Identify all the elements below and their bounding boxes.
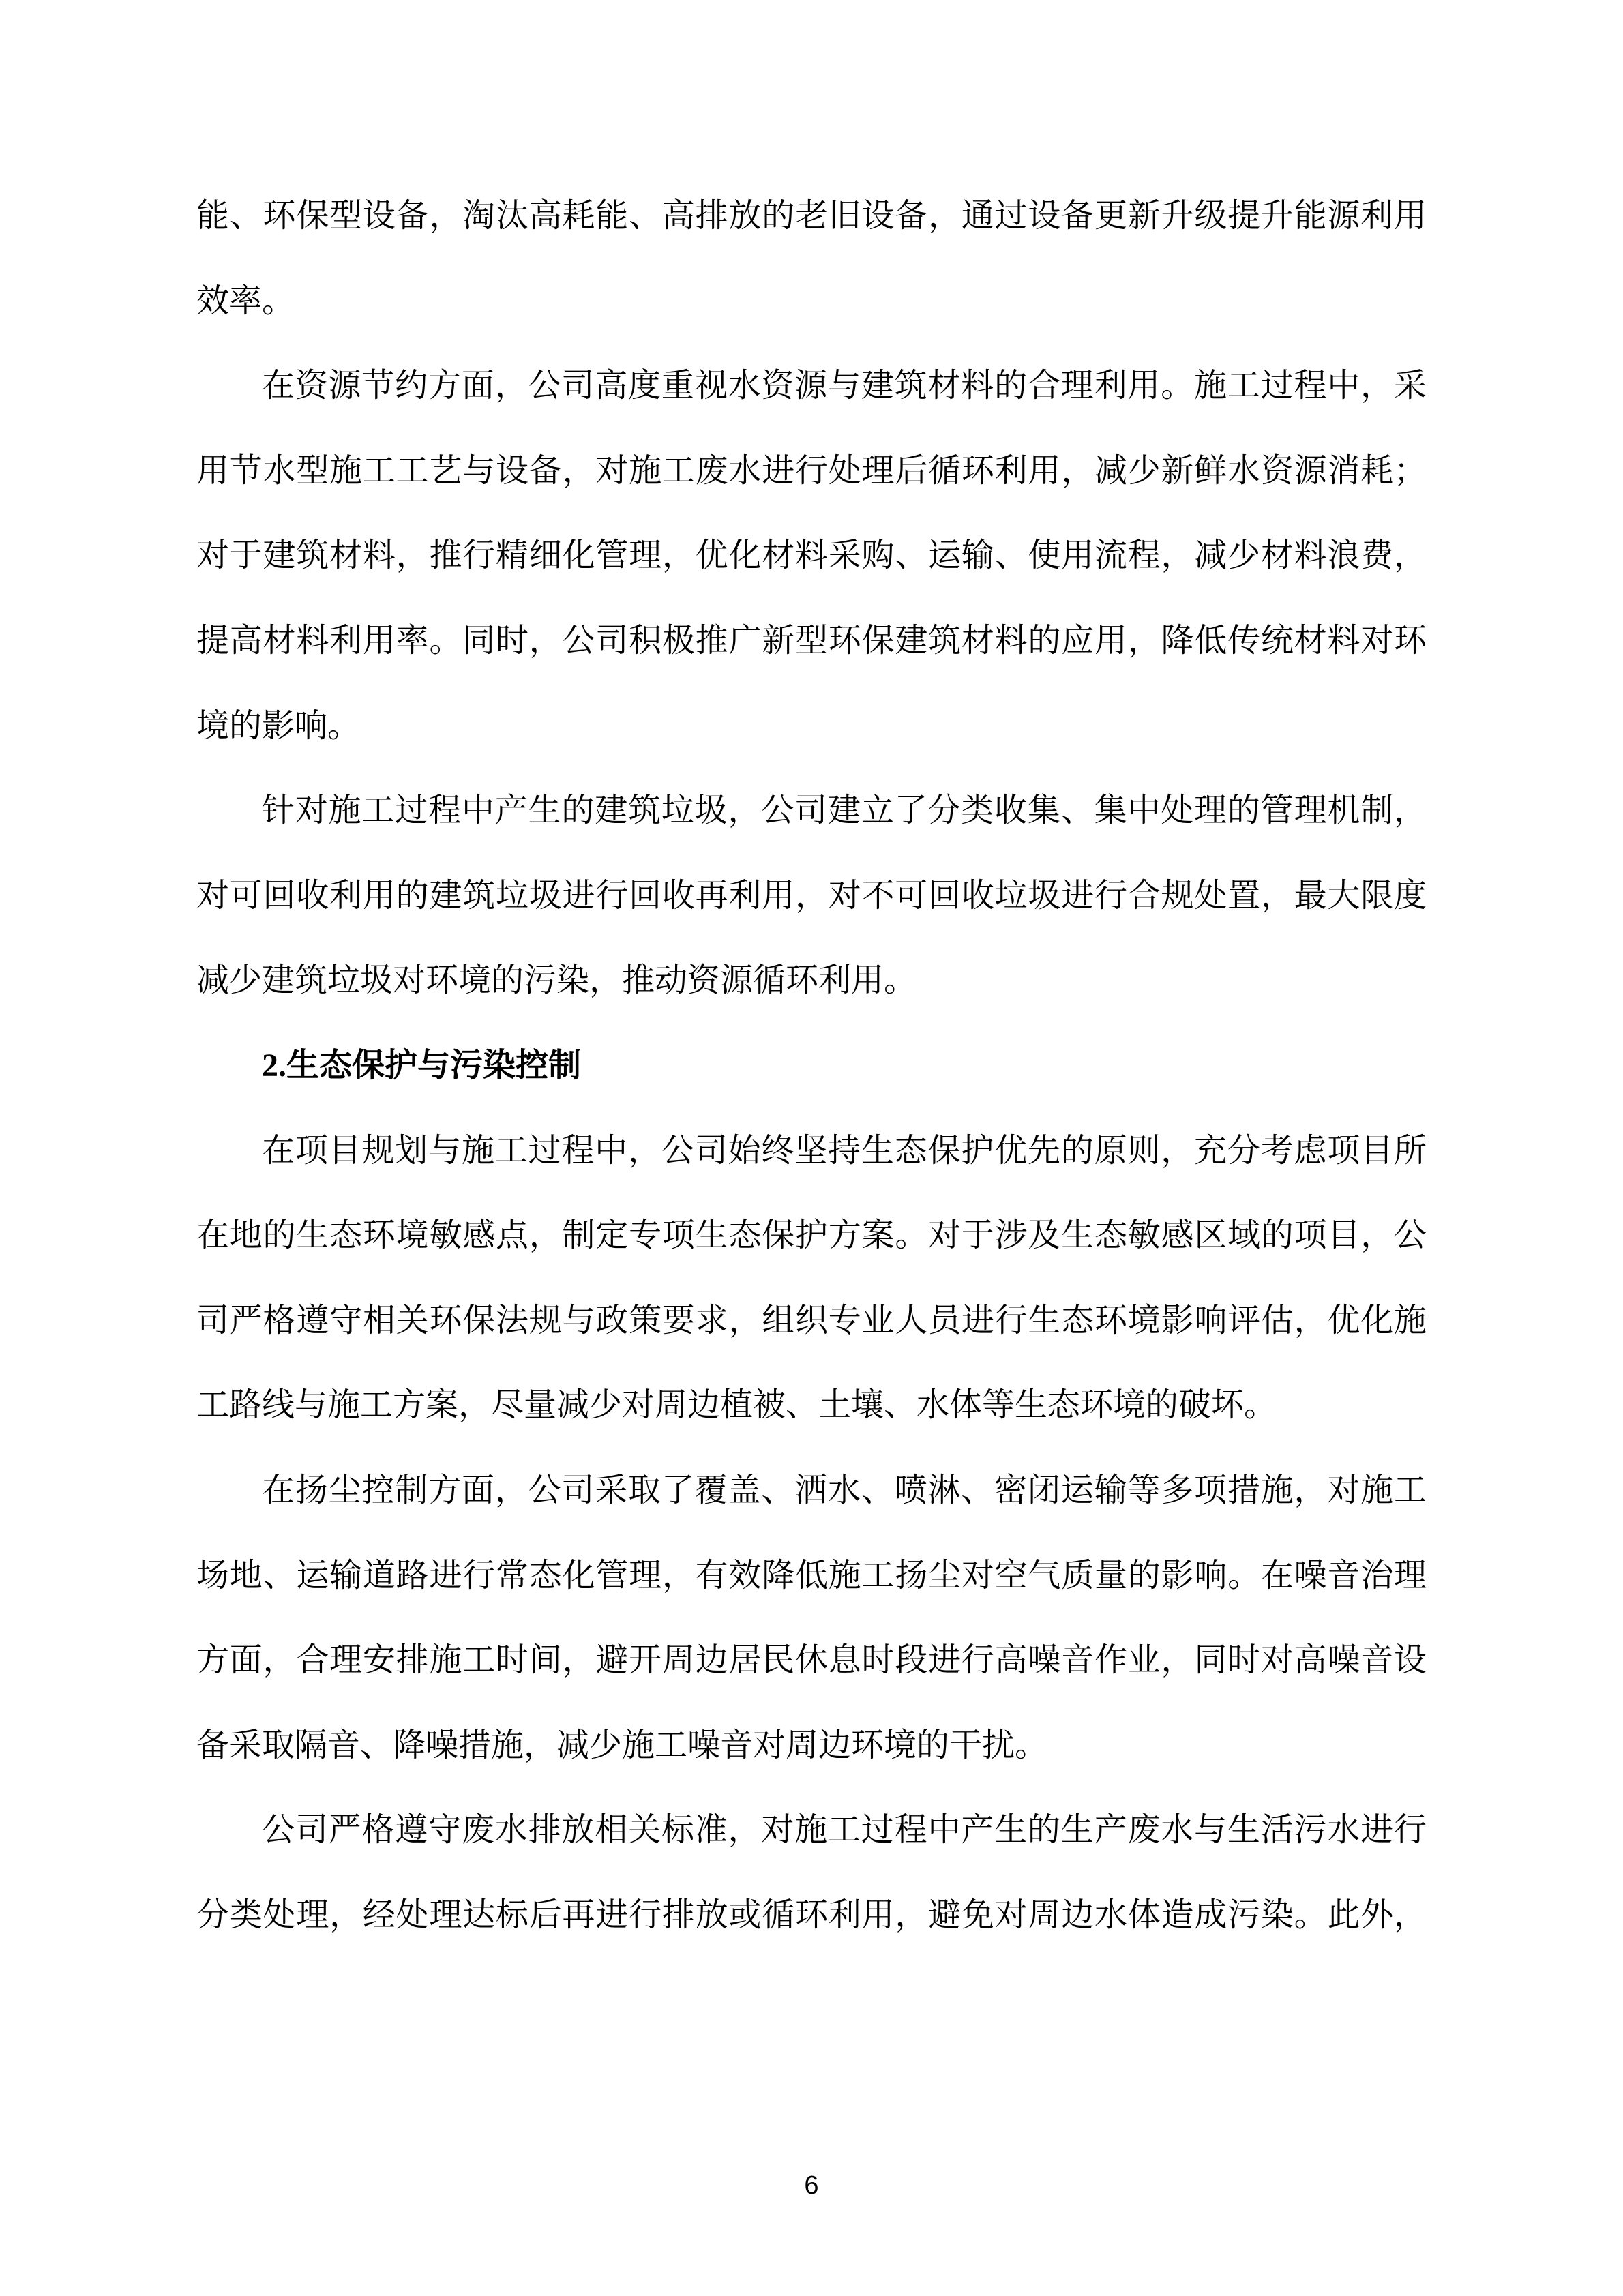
paragraph: 在资源节约方面，公司高度重视水资源与建筑材料的合理利用。施工过程中，采 用节水型… <box>196 344 1427 769</box>
page-number: 6 <box>0 2173 1623 2198</box>
text-line: 公司严格遵守废水排放相关标准，对施工过程中产生的生产废水与生活污水进行 <box>196 1788 1427 1873</box>
text-line: 能、环保型设备，淘汰高耗能、高排放的老旧设备，通过设备更新升级提升能源利用 <box>196 174 1427 259</box>
document-body: 能、环保型设备，淘汰高耗能、高排放的老旧设备，通过设备更新升级提升能源利用 效率… <box>196 174 1427 1958</box>
text-line: 在扬尘控制方面，公司采取了覆盖、洒水、喷淋、密闭运输等多项措施，对施工 <box>196 1448 1427 1534</box>
text-line: 分类处理，经处理达标后再进行排放或循环利用，避免对周边水体造成污染。此外， <box>196 1873 1427 1958</box>
paragraph: 能、环保型设备，淘汰高耗能、高排放的老旧设备，通过设备更新升级提升能源利用 效率… <box>196 174 1427 344</box>
text-line: 在资源节约方面，公司高度重视水资源与建筑材料的合理利用。施工过程中，采 <box>196 344 1427 429</box>
paragraph: 2.生态保护与污染控制 <box>196 1024 1427 1109</box>
text-line: 用节水型施工工艺与设备，对施工废水进行处理后循环利用，减少新鲜水资源消耗； <box>196 429 1427 514</box>
paragraph: 公司严格遵守废水排放相关标准，对施工过程中产生的生产废水与生活污水进行 分类处理… <box>196 1788 1427 1958</box>
text-line: 在项目规划与施工过程中，公司始终坚持生态保护优先的原则，充分考虑项目所 <box>196 1109 1427 1194</box>
text-line: 效率。 <box>196 259 1427 344</box>
text-line: 在地的生态环境敏感点，制定专项生态保护方案。对于涉及生态敏感区域的项目，公 <box>196 1193 1427 1279</box>
text-line: 场地、运输道路进行常态化管理，有效降低施工扬尘对空气质量的影响。在噪音治理 <box>196 1534 1427 1619</box>
text-line: 对可回收利用的建筑垃圾进行回收再利用，对不可回收垃圾进行合规处置，最大限度 <box>196 854 1427 939</box>
text-line: 司严格遵守相关环保法规与政策要求，组织专业人员进行生态环境影响评估，优化施 <box>196 1279 1427 1364</box>
text-line: 针对施工过程中产生的建筑垃圾，公司建立了分类收集、集中处理的管理机制， <box>196 769 1427 854</box>
text-line: 境的影响。 <box>196 684 1427 769</box>
text-line: 工路线与施工方案，尽量减少对周边植被、土壤、水体等生态环境的破坏。 <box>196 1363 1427 1448</box>
document-page: 能、环保型设备，淘汰高耗能、高排放的老旧设备，通过设备更新升级提升能源利用 效率… <box>0 0 1623 2296</box>
paragraph: 针对施工过程中产生的建筑垃圾，公司建立了分类收集、集中处理的管理机制， 对可回收… <box>196 769 1427 1024</box>
text-line: 提高材料利用率。同时，公司积极推广新型环保建筑材料的应用，降低传统材料对环 <box>196 599 1427 684</box>
text-line: 减少建筑垃圾对环境的污染，推动资源循环利用。 <box>196 938 1427 1024</box>
text-line: 对于建筑材料，推行精细化管理，优化材料采购、运输、使用流程，减少材料浪费， <box>196 513 1427 599</box>
paragraph: 在扬尘控制方面，公司采取了覆盖、洒水、喷淋、密闭运输等多项措施，对施工 场地、运… <box>196 1448 1427 1788</box>
paragraph: 在项目规划与施工过程中，公司始终坚持生态保护优先的原则，充分考虑项目所 在地的生… <box>196 1109 1427 1448</box>
text-line: 方面，合理安排施工时间，避开周边居民休息时段进行高噪音作业，同时对高噪音设 <box>196 1618 1427 1703</box>
text-line: 备采取隔音、降噪措施，减少施工噪音对周边环境的干扰。 <box>196 1703 1427 1789</box>
section-heading: 2.生态保护与污染控制 <box>196 1024 1427 1109</box>
